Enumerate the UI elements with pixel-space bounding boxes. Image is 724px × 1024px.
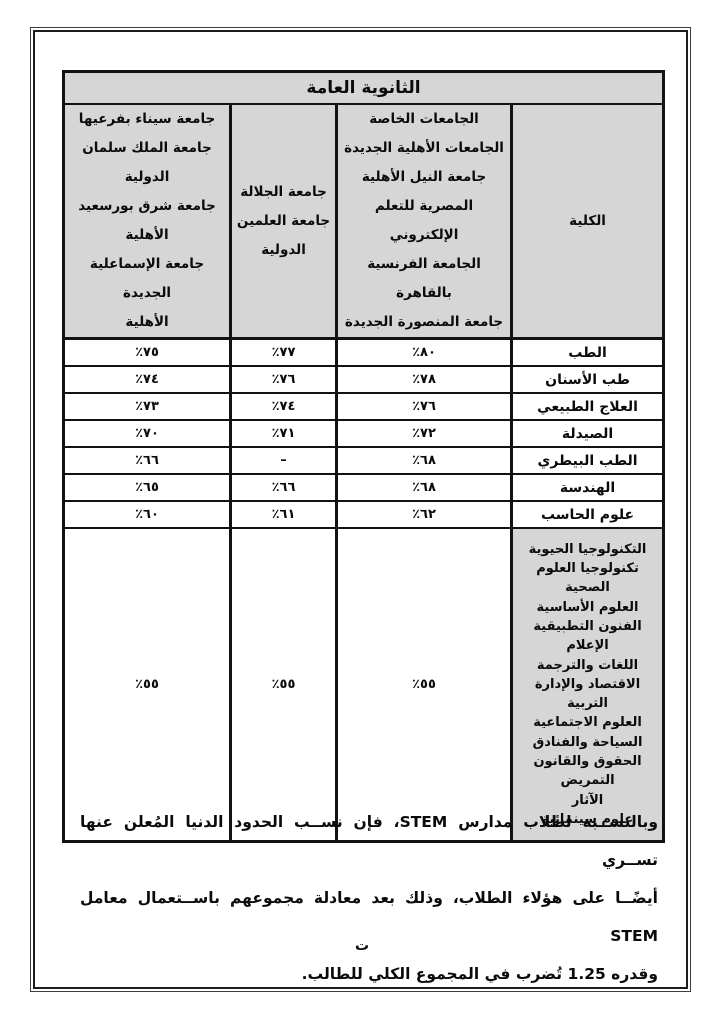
percentage-value: ٪٦٦ [64, 447, 231, 474]
column-header-galala-alamein: جامعة الجلالة جامعة العلمين الدولية [231, 104, 337, 339]
percentage-text: ٪٧٦ [412, 399, 436, 414]
faculties-list: التكنولوجيا الحيوية تكنولوجيا العلوم الص… [512, 528, 664, 842]
percentage-text: ٪٦٦ [135, 453, 159, 468]
percentage-text: ٪٦٦ [272, 480, 296, 495]
college-name: الهندسة [512, 474, 664, 501]
college-name: طب الأسنان [512, 366, 664, 393]
percentage-text: ٪٧٦ [272, 372, 296, 387]
table-row-veterinary: الطب البيطري ٪٦٨ – ٪٦٦ [64, 447, 664, 474]
percentage-text: ٪٦٥ [135, 480, 159, 495]
percentage-value: ٪٦٥ [64, 474, 231, 501]
table-row-engineering: الهندسة ٪٦٨ ٪٦٦ ٪٦٥ [64, 474, 664, 501]
percentage-value: ٪٦٢ [337, 501, 512, 528]
percentage-text: ٪٧٣ [135, 399, 159, 414]
percentage-value: ٪٦٨ [337, 447, 512, 474]
percentage-value: ٪٧٣ [64, 393, 231, 420]
table-row-computer-science: علوم الحاسب ٪٦٢ ٪٦١ ٪٦٠ [64, 501, 664, 528]
percentage-text: ٪٦٨ [412, 453, 436, 468]
table-row-medicine: الطب ٪٨٠ ٪٧٧ ٪٧٥ [64, 339, 664, 367]
table-row-dentistry: طب الأسنان ٪٧٨ ٪٧٦ ٪٧٤ [64, 366, 664, 393]
percentage-text: ٪٥٥ [135, 677, 159, 692]
college-name: العلاج الطبيعي [512, 393, 664, 420]
percentage-text: ٪٥٥ [272, 677, 296, 692]
admission-table: الثانوية العامة الكلية الجامعات الخاصة ا… [62, 70, 665, 843]
table-row-pharmacy: الصيدلة ٪٧٢ ٪٧١ ٪٧٠ [64, 420, 664, 447]
percentage-value: ٪٧٢ [337, 420, 512, 447]
percentage-text: ٪٧٢ [412, 426, 436, 441]
stem-note-line-1: وبالنســبة لطلاب مدارس STEM، فإن نســب ا… [80, 803, 658, 879]
table-title: الثانوية العامة [64, 72, 664, 105]
percentage-value: ٪٧٧ [231, 339, 337, 367]
column-header-private-universities: الجامعات الخاصة الجامعات الأهلية الجديدة… [337, 104, 512, 339]
percentage-value: ٪٥٥ [231, 528, 337, 842]
percentage-text: ٪٧٤ [272, 399, 296, 414]
percentage-value: ٪٧٠ [64, 420, 231, 447]
table-header-row: الكلية الجامعات الخاصة الجامعات الأهلية … [64, 104, 664, 339]
stem-note-line-3: وقدره 1.25 تُضرب في المجموع الكلي للطالب… [80, 955, 658, 993]
percentage-value: ٪٧١ [231, 420, 337, 447]
percentage-text: ٪٧٠ [135, 426, 159, 441]
stem-note: وبالنســبة لطلاب مدارس STEM، فإن نســب ا… [80, 803, 658, 993]
percentage-text: ٪٦٢ [412, 507, 436, 522]
percentage-value: ٪٧٨ [337, 366, 512, 393]
percentage-value: ٪٧٤ [231, 393, 337, 420]
percentage-text: ٪٦١ [272, 507, 296, 522]
college-name: الطب البيطري [512, 447, 664, 474]
percentage-value: ٪٦٠ [64, 501, 231, 528]
percentage-value: ٪٥٥ [64, 528, 231, 842]
percentage-text: ٪٨٠ [412, 345, 436, 360]
page-marker: ت [0, 938, 724, 954]
percentage-text: ٪٥٥ [412, 677, 436, 692]
table-row-physical-therapy: العلاج الطبيعي ٪٧٦ ٪٧٤ ٪٧٣ [64, 393, 664, 420]
percentage-text: ٪٦٨ [412, 480, 436, 495]
percentage-text: ٪٧١ [272, 426, 296, 441]
document-page: الثانوية العامة الكلية الجامعات الخاصة ا… [0, 0, 724, 1024]
table-title-row: الثانوية العامة [64, 72, 664, 105]
percentage-value: – [231, 447, 337, 474]
percentage-text: – [280, 453, 287, 468]
percentage-value: ٪٥٥ [337, 528, 512, 842]
column-header-sinai-group: جامعة سيناء بفرعيها جامعة الملك سلمان ال… [64, 104, 231, 339]
percentage-value: ٪٧٦ [337, 393, 512, 420]
college-name: علوم الحاسب [512, 501, 664, 528]
percentage-value: ٪٧٦ [231, 366, 337, 393]
percentage-value: ٪٧٤ [64, 366, 231, 393]
percentage-value: ٪٧٥ [64, 339, 231, 367]
table-row-other-faculties: التكنولوجيا الحيوية تكنولوجيا العلوم الص… [64, 528, 664, 842]
percentage-text: ٪٧٥ [135, 345, 159, 360]
percentage-value: ٪٦٦ [231, 474, 337, 501]
college-name: الطب [512, 339, 664, 367]
percentage-value: ٪٦٨ [337, 474, 512, 501]
percentage-text: ٪٦٠ [135, 507, 159, 522]
college-name: الصيدلة [512, 420, 664, 447]
percentage-text: ٪٧٨ [412, 372, 436, 387]
percentage-text: ٪٧٤ [135, 372, 159, 387]
column-header-college: الكلية [512, 104, 664, 339]
percentage-value: ٪٦١ [231, 501, 337, 528]
percentage-value: ٪٨٠ [337, 339, 512, 367]
percentage-text: ٪٧٧ [272, 345, 296, 360]
